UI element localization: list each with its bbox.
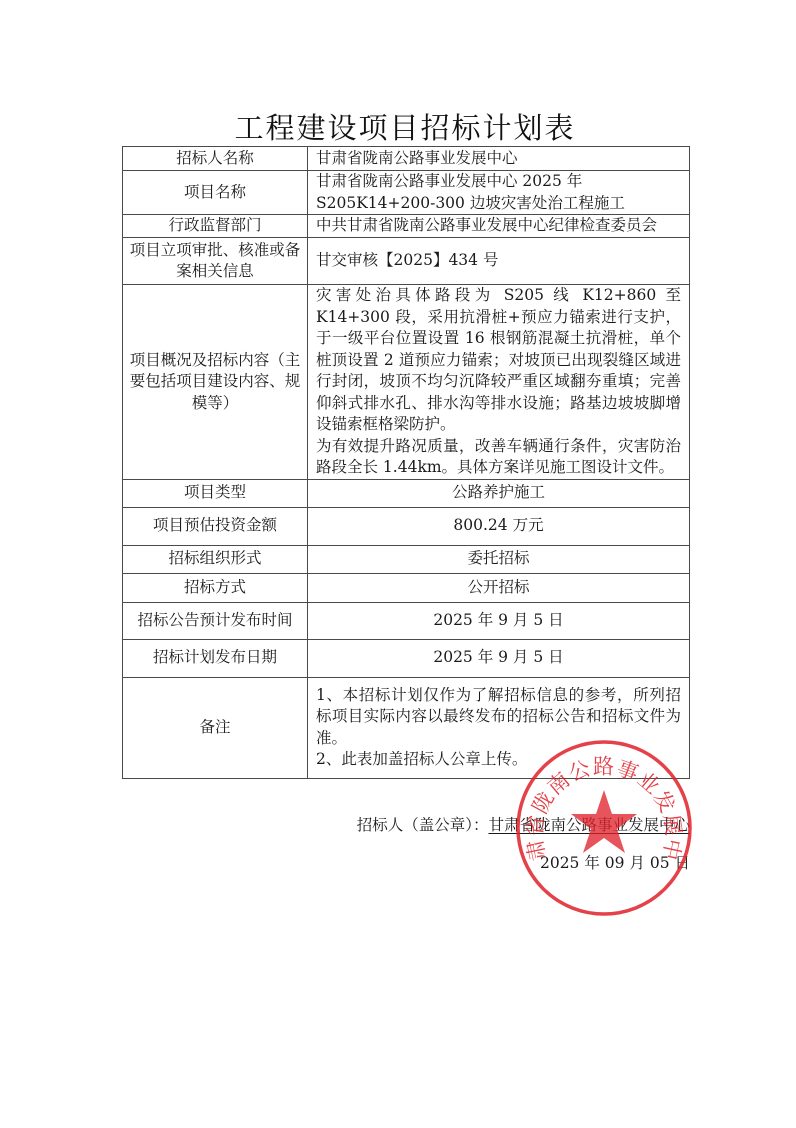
row-label: 项目预估投资金额 [123, 507, 308, 545]
row-value: 灾害处治具体路段为 S205 线 K12+860 至 K14+300 段，采用抗… [308, 285, 690, 480]
row-label: 招标计划发布日期 [123, 639, 308, 677]
row-value: 委托招标 [308, 545, 690, 573]
row-label: 备注 [123, 677, 308, 778]
row-label: 招标组织形式 [123, 545, 308, 573]
row-value: 中共甘肃省陇南公路事业发展中心纪律检查委员会 [308, 215, 690, 238]
row-value: 甘肃省陇南公路事业发展中心 [308, 147, 690, 171]
label-line: 模等） [127, 393, 303, 415]
row-value: 公开招标 [308, 573, 690, 602]
row-value: 公路养护施工 [308, 479, 690, 507]
table-row: 项目名称 甘肃省陇南公路事业发展中心 2025 年 S205K14+200-30… [123, 171, 690, 215]
row-value: 甘交审核【2025】434 号 [308, 238, 690, 285]
row-label: 招标方式 [123, 573, 308, 602]
label-line: 案相关信息 [127, 261, 303, 283]
remark-item: 1、本招标计划仅作为了解招标信息的参考，所列招标项目实际内容以最终发布的招标公告… [316, 685, 681, 750]
table-row: 招标组织形式 委托招标 [123, 545, 690, 573]
value-line: S205K14+200-300 边坡灾害处治工程施工 [316, 193, 681, 215]
row-value: 2025 年 9 月 5 日 [308, 639, 690, 677]
value-paragraph: 灾害处治具体路段为 S205 线 K12+860 至 K14+300 段，采用抗… [316, 285, 681, 436]
signature-organization: 甘肃省陇南公路事业发展中心 [488, 816, 690, 834]
label-line: 项目立项审批、核准或备 [127, 240, 303, 262]
row-value: 800.24 万元 [308, 507, 690, 545]
row-label: 招标公告预计发布时间 [123, 602, 308, 639]
table-row: 备注 1、本招标计划仅作为了解招标信息的参考，所列招标项目实际内容以最终发布的招… [123, 677, 690, 778]
row-label: 项目类型 [123, 479, 308, 507]
row-value: 甘肃省陇南公路事业发展中心 2025 年 S205K14+200-300 边坡灾… [308, 171, 690, 215]
table-row: 行政监督部门 中共甘肃省陇南公路事业发展中心纪律检查委员会 [123, 215, 690, 238]
signature-line: 招标人（盖公章）：甘肃省陇南公路事业发展中心 [300, 813, 690, 835]
table-row: 项目立项审批、核准或备 案相关信息 甘交审核【2025】434 号 [123, 238, 690, 285]
row-label: 项目概况及招标内容（主 要包括项目建设内容、规 模等） [123, 285, 308, 480]
value-line: 甘肃省陇南公路事业发展中心 2025 年 [316, 171, 681, 193]
label-line: 要包括项目建设内容、规 [127, 371, 303, 393]
table-row: 项目预估投资金额 800.24 万元 [123, 507, 690, 545]
label-line: 项目概况及招标内容（主 [127, 350, 303, 372]
table-row: 招标计划发布日期 2025 年 9 月 5 日 [123, 639, 690, 677]
bidding-plan-table: 招标人名称 甘肃省陇南公路事业发展中心 项目名称 甘肃省陇南公路事业发展中心 2… [122, 146, 690, 779]
value-paragraph: 为有效提升路况质量，改善车辆通行条件，灾害防治路段全长 1.44km。具体方案详… [316, 436, 681, 479]
row-label: 项目立项审批、核准或备 案相关信息 [123, 238, 308, 285]
table-row: 招标公告预计发布时间 2025 年 9 月 5 日 [123, 602, 690, 639]
document-title: 工程建设项目招标计划表 [0, 106, 796, 147]
row-value: 1、本招标计划仅作为了解招标信息的参考，所列招标项目实际内容以最终发布的招标公告… [308, 677, 690, 778]
row-label: 项目名称 [123, 171, 308, 215]
table-row: 招标人名称 甘肃省陇南公路事业发展中心 [123, 147, 690, 171]
signature-date: 2025 年 09 月 05 日 [450, 851, 690, 873]
row-label: 招标人名称 [123, 147, 308, 171]
row-value: 2025 年 9 月 5 日 [308, 602, 690, 639]
table-row: 项目类型 公路养护施工 [123, 479, 690, 507]
remark-item: 2、此表加盖招标人公章上传。 [316, 749, 681, 771]
table-row: 项目概况及招标内容（主 要包括项目建设内容、规 模等） 灾害处治具体路段为 S2… [123, 285, 690, 480]
row-label: 行政监督部门 [123, 215, 308, 238]
signature-label: 招标人（盖公章）： [357, 816, 489, 834]
table-row: 招标方式 公开招标 [123, 573, 690, 602]
